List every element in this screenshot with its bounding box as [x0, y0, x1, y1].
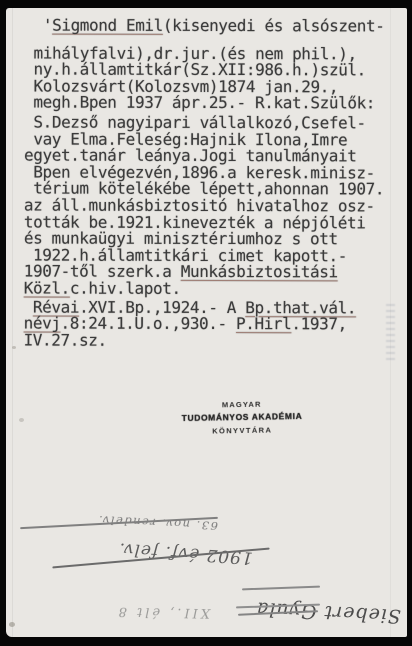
pencil-strikethrough [236, 604, 320, 608]
typed-line: megh.Bpen 1937 ápr.25.- R.kat.Szülők: [24, 95, 405, 113]
handwritten-annotation: XII., élt 8 [70, 603, 210, 620]
paper-speck [19, 418, 24, 422]
typed-paragraph: 'Sigmond Emil(kisenyedi és alsószent- mi… [24, 18, 406, 298]
typed-paragraph: Révai.XVI.Bp.,1924.- A Bp.that.vál.névj.… [24, 299, 405, 350]
handwritten-annotation: 63. nov. rendelv. [22, 509, 218, 533]
pencil-strikethrough [20, 517, 218, 529]
photo-border: 'Sigmond Emil(kisenyedi és alsószent- mi… [0, 0, 412, 646]
pencil-strikethrough [242, 586, 320, 590]
card-crease-left [12, 8, 14, 637]
catalog-card: 'Sigmond Emil(kisenyedi és alsószent- mi… [6, 8, 407, 637]
pencil-strikethrough [52, 548, 269, 569]
typed-line: IV.27.sz. [24, 332, 405, 350]
handwritten-annotation: Siebert Gyula [206, 595, 402, 627]
pencil-strikethrough [238, 610, 318, 615]
paper-speck [12, 346, 16, 349]
typed-text: 'Sigmond Emil(kisenyedi és alsószent- mi… [24, 18, 406, 350]
paper-speck [9, 622, 15, 627]
library-stamp: MAGYAR TUDOMÁNYOS AKADÉMIA KÖNYVTÁRA [164, 397, 321, 439]
typed-line: 'Sigmond Emil(kisenyedi és alsószent- [24, 18, 405, 36]
handwritten-annotation: 1902 évf. felv. [58, 534, 254, 568]
typed-line: Közl.c.hiv.lapot. [24, 280, 405, 298]
stamp-line: KÖNYVTÁRA [164, 423, 320, 439]
ink-bleed-marks [386, 304, 395, 362]
